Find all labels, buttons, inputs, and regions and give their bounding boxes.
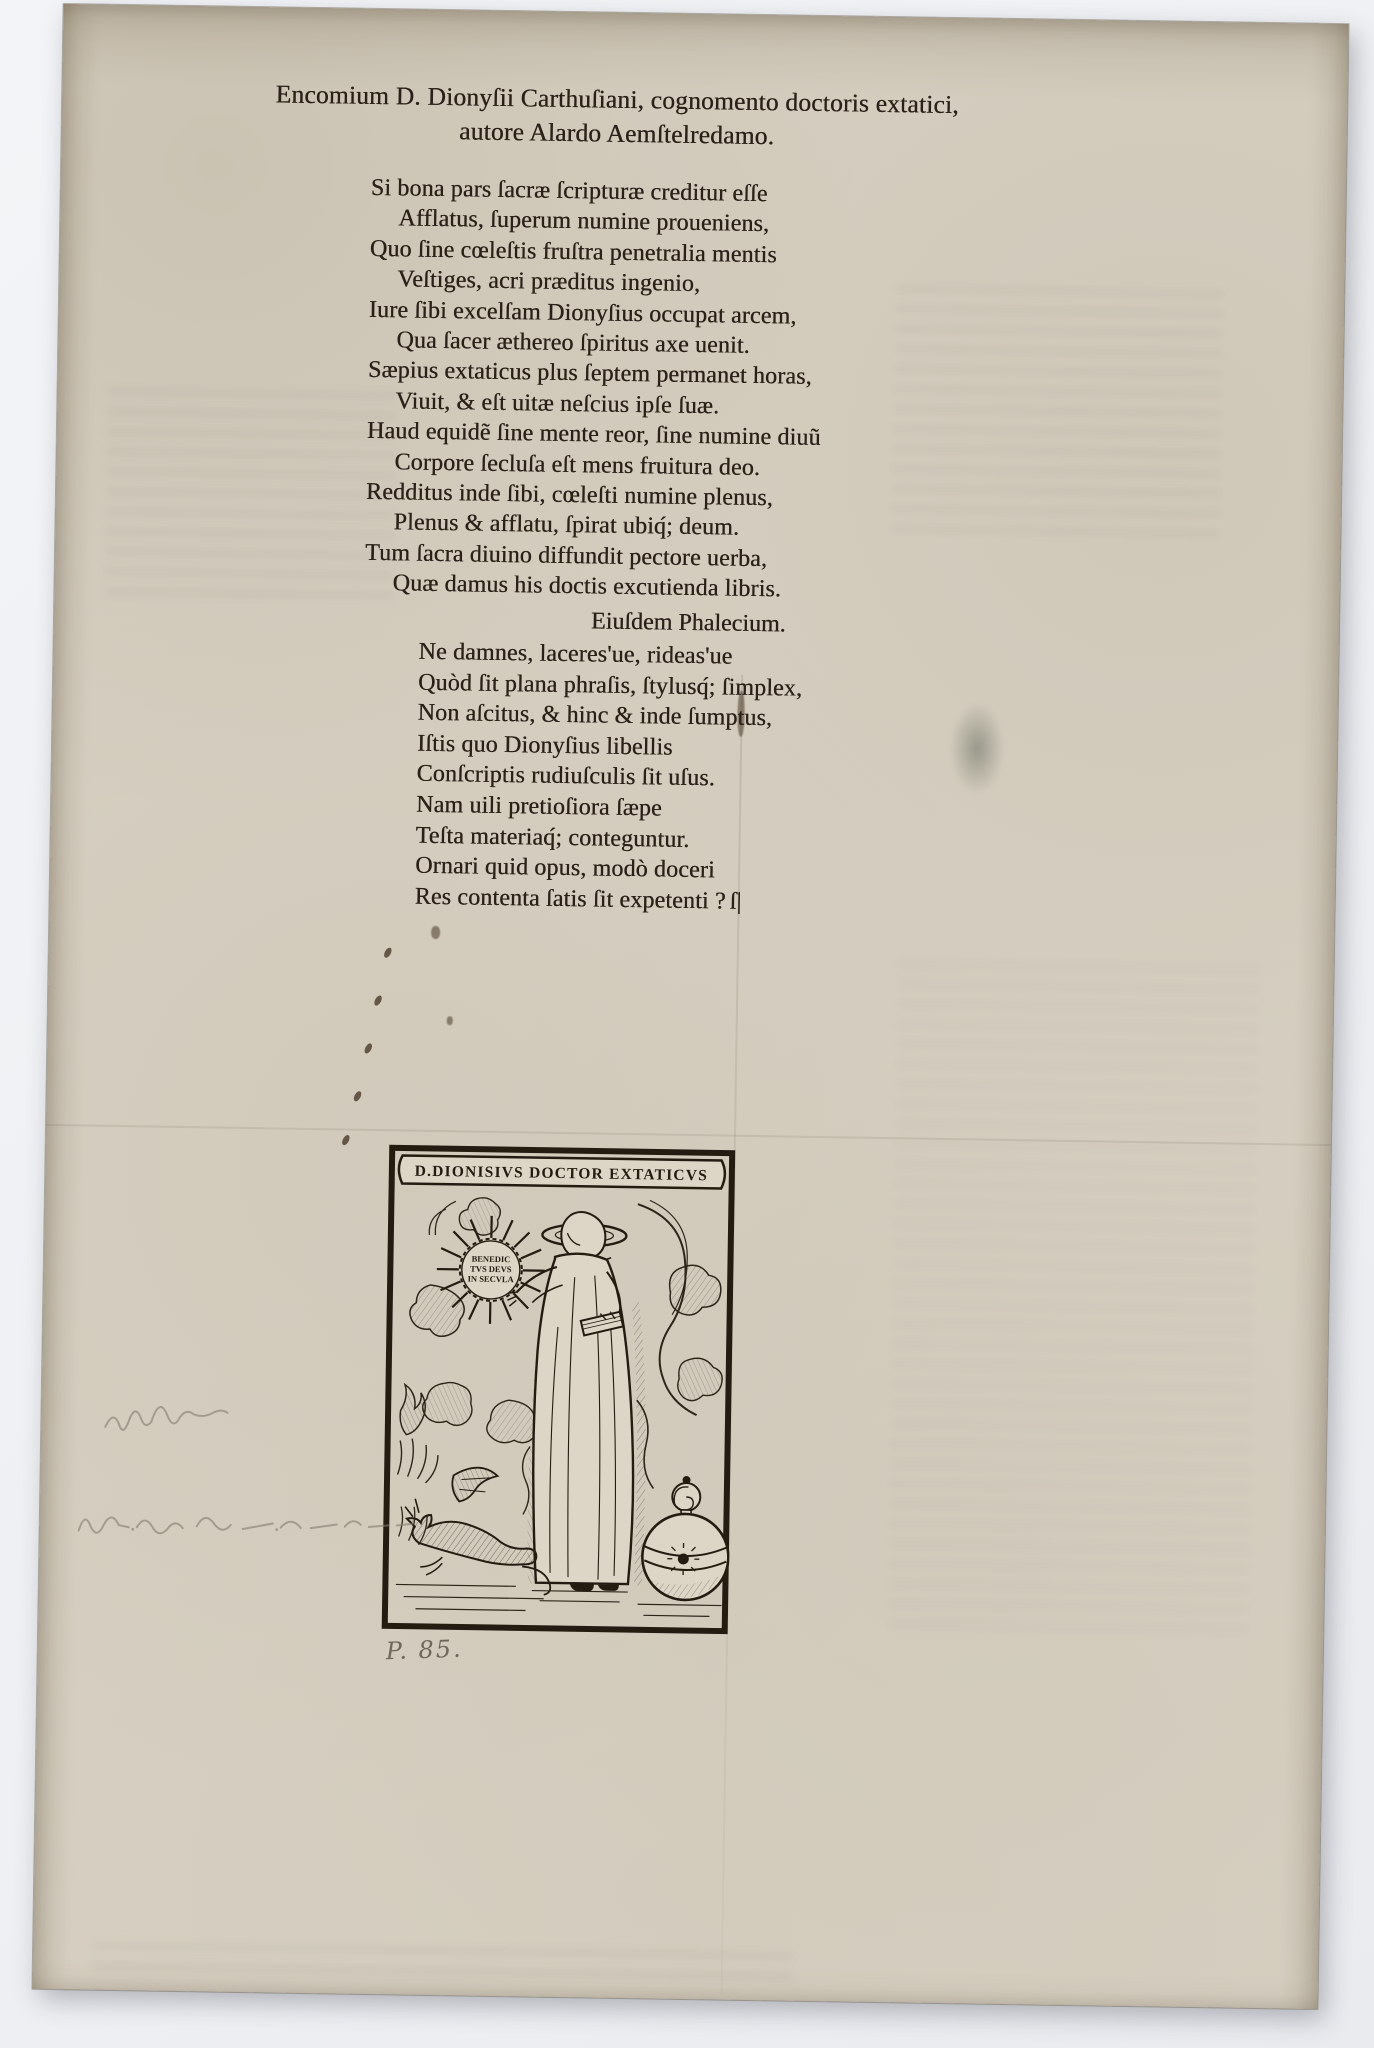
encomium-poem: Si bona pars ſacræ ſcripturæ creditur eſ… (214, 171, 1011, 609)
sun-inscription-line3: IN SECVLA (468, 1274, 515, 1285)
armillary-sphere (642, 1475, 730, 1600)
woodcut-svg: D.DIONISIVS DOCTOR EXTATICVS (381, 1144, 736, 1634)
sun-inscription-line1: BENEDIC (472, 1254, 511, 1265)
monk-figure (503, 1211, 650, 1592)
woodcut-illustration: D.DIONISIVS DOCTOR EXTATICVS (381, 1144, 736, 1634)
phalecium-heading: Eiuſdem Phalecium. (591, 606, 1004, 643)
pencil-scribble (99, 1387, 250, 1444)
text-column: Encomium D. Dionyſii Carthuſiani, cognom… (209, 77, 1012, 922)
phalecium-poem: Ne damnes, laceres'ue, rideas'ue Quòd ſi… (209, 634, 1003, 922)
printer-flourish: ſ| (729, 888, 741, 914)
pencil-scribble (72, 1496, 423, 1561)
sun-inscription-line2: TVS DEVS (470, 1264, 512, 1275)
pencil-page-note: P. 85. (385, 1635, 463, 1666)
photo-background: Encomium D. Dionyſii Carthuſiani, cognom… (0, 0, 1374, 2048)
leaf: Encomium D. Dionyſii Carthuſiani, cognom… (32, 4, 1348, 2009)
monk-feet (570, 1584, 594, 1591)
